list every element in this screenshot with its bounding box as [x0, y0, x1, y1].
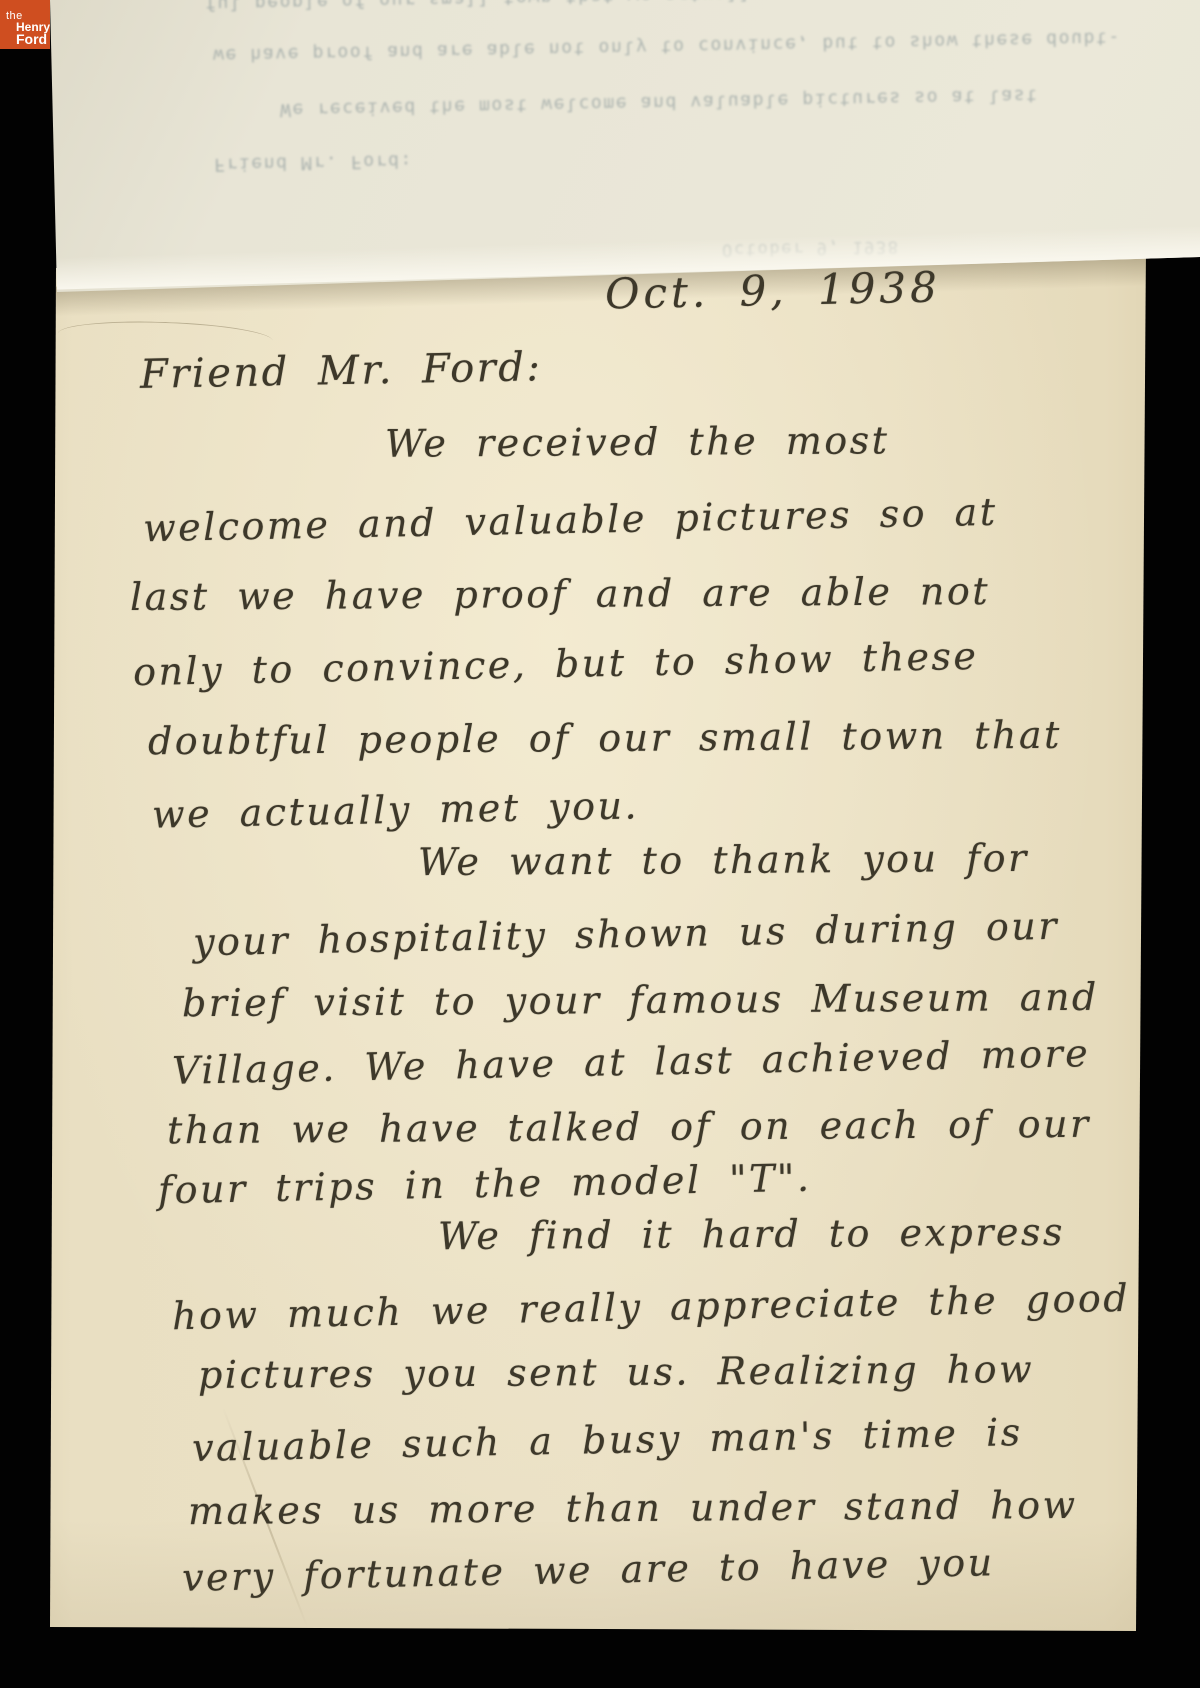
letter-salutation: Friend Mr. Ford:	[140, 344, 543, 398]
letter-line: We find it hard to express	[438, 1210, 1065, 1258]
henry-ford-logo: the Henry Ford	[0, 0, 50, 49]
scan-viewport: Oct. 9, 1938 Friend Mr. Ford: We receive…	[0, 0, 1200, 1688]
letter-line: doubtful people of our small town that	[148, 713, 1062, 763]
letter-line: brief visit to your famous Museum and	[182, 975, 1099, 1025]
letter-line: pictures you sent us. Realizing how	[198, 1347, 1034, 1397]
letter-line: We received the most	[385, 418, 890, 466]
letter-line: we actually met you.	[152, 783, 640, 836]
mirrored-typed-line: we have proof and are able not only to c…	[213, 27, 1121, 65]
letter-line: than we have talked of on each of our	[167, 1102, 1091, 1152]
mirrored-typed-line: Friend Mr. Ford:	[214, 150, 413, 175]
mirrored-typed-line: We received the most welcome and valuabl…	[280, 85, 1039, 121]
letter-line: makes us more than under stand how	[188, 1483, 1078, 1533]
letter-line: last we have proof and are able not	[130, 569, 990, 619]
logo-text-ford: Ford	[16, 31, 47, 47]
letter-line: We want to thank you for	[418, 836, 1029, 884]
mirrored-typed-line: ful people of our small town that we act…	[205, 0, 765, 14]
